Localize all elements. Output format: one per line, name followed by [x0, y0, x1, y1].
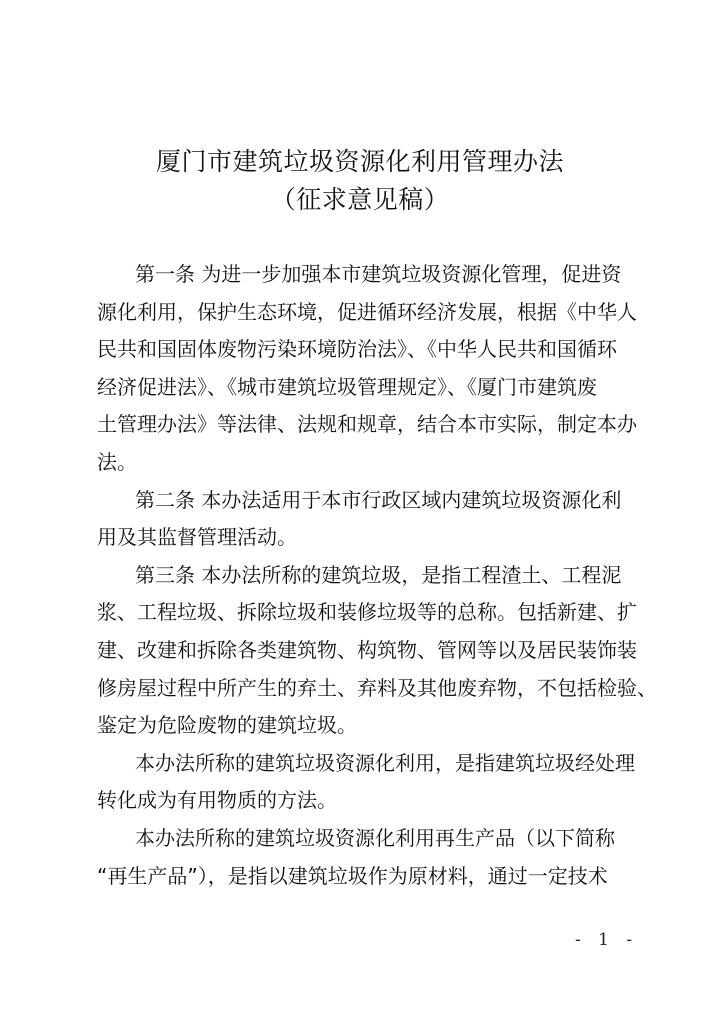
document-body: 第一条 为进一步加强本市建筑垃圾资源化管理，促进资 源化利用，保护生态环境，促进…	[97, 256, 633, 895]
article-1-line-1: 第一条 为进一步加强本市建筑垃圾资源化管理，促进资	[97, 256, 633, 294]
document-title: 厦门市建筑垃圾资源化利用管理办法	[0, 142, 720, 178]
article-2-line-2: 用及其监督管理活动。	[97, 519, 633, 557]
article-3-line-2: 浆、工程垃圾、拆除垃圾和装修垃圾等的总称。包括新建、扩	[97, 594, 633, 632]
article-3-para-2-line-1: 本办法所称的建筑垃圾资源化利用，是指建筑垃圾经处理	[97, 745, 633, 783]
article-1-line-3: 民共和国固体废物污染环境防治法》、《中华人民共和国循环	[97, 331, 633, 369]
article-1-line-6: 法。	[97, 444, 633, 482]
article-3-line-4: 修房屋过程中所产生的弃土、弃料及其他废弃物，不包括检验、	[97, 670, 633, 708]
article-3-line-3: 建、改建和拆除各类建筑物、构筑物、管网等以及居民装饰装	[97, 632, 633, 670]
article-3-para-2-line-2: 转化成为有用物质的方法。	[97, 782, 633, 820]
article-3-line-1: 第三条 本办法所称的建筑垃圾，是指工程渣土、工程泥	[97, 557, 633, 595]
article-3-para-3-line-1: 本办法所称的建筑垃圾资源化利用再生产品（以下简称	[97, 820, 633, 858]
document-subtitle: （征求意见稿）	[0, 180, 720, 216]
article-2-line-1: 第二条 本办法适用于本市行政区域内建筑垃圾资源化利	[97, 482, 633, 520]
article-3-para-3-line-2: “再生产品”），是指以建筑垃圾作为原材料，通过一定技术	[97, 858, 633, 896]
article-1-line-2: 源化利用，保护生态环境，促进循环经济发展，根据《中华人	[97, 294, 633, 332]
article-3-line-5: 鉴定为危险废物的建筑垃圾。	[97, 707, 633, 745]
article-1-line-4: 经济促进法》、《城市建筑垃圾管理规定》、《厦门市建筑废	[97, 369, 633, 407]
document-page: 厦门市建筑垃圾资源化利用管理办法 （征求意见稿） 第一条 为进一步加强本市建筑垃…	[0, 0, 720, 1024]
page-number: - 1 -	[575, 930, 638, 950]
article-1-line-5: 土管理办法》等法律、法规和规章，结合本市实际，制定本办	[97, 406, 633, 444]
